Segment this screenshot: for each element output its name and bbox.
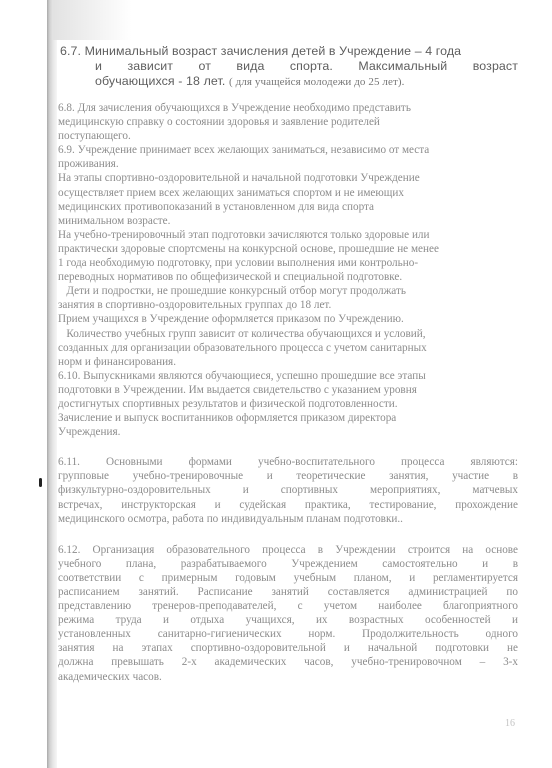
text-line: групповые учебно-тренировочные и теорети… — [58, 469, 518, 483]
text-line: осуществляет прием всех желающих занимат… — [58, 186, 518, 200]
text-line: переводных нормативов по общефизической … — [58, 270, 518, 284]
paragraph-6-12: 6.12. Организация образовательного проце… — [58, 543, 518, 684]
text-line: достигнутых спортивных результатов и физ… — [58, 397, 518, 411]
scan-binding-shadow — [47, 0, 57, 768]
text-line: Дети и подростки, не прошедшие конкурсны… — [58, 284, 518, 298]
text-line: норм и финансирования. — [58, 355, 518, 369]
text-line: Количество учебных групп зависит от коли… — [58, 327, 518, 341]
text-line: На учебно-тренировочный этап подготовки … — [58, 228, 518, 242]
text-line: соответствии с примерным годовым учебным… — [58, 571, 518, 585]
text-line: встречах, инструкторская и судейская пра… — [58, 498, 518, 512]
scan-margin — [0, 0, 48, 768]
text-line: режима труда и отдыха учащихся, их возра… — [58, 613, 518, 627]
text-line: учебного плана, разрабатываемого Учрежде… — [58, 557, 518, 571]
text-line: физкультурно-оздоровительных и спортивны… — [58, 483, 518, 497]
text-line: 6.10. Выпускниками являются обучающиеся,… — [58, 369, 518, 383]
heading-line: обучающихся - 18 лет. ( для учащейся мол… — [58, 74, 518, 90]
heading-text: обучающихся - 18 лет. — [95, 74, 229, 88]
paragraph-6-11: 6.11. Основными формами учебно-воспитате… — [58, 455, 518, 525]
text-line: проживания. — [58, 157, 518, 171]
section-heading-6-7: 6.7. Минимальный возраст зачисления дете… — [58, 44, 518, 90]
heading-note: ( для учащейся молодежи до 25 лет). — [229, 76, 405, 88]
scan-shade — [52, 0, 132, 40]
text-line: Учреждения. — [58, 425, 518, 439]
text-line: 1 года необходимую подготовку, при услов… — [58, 256, 518, 270]
text-line: минимальном возрасте. — [58, 214, 518, 228]
text-line: установленных санитарно-гигиенических но… — [58, 627, 518, 641]
text-line: занятия на этапах спортивно-оздоровитель… — [58, 641, 518, 655]
text-line: академических часов. — [58, 670, 518, 684]
heading-line: и зависит от вида спорта. Максимальный в… — [58, 59, 518, 74]
text-line: медицинских противопоказаний в установле… — [58, 200, 518, 214]
text-line: расписанием занятий. Расписание занятий … — [58, 585, 518, 599]
text-line: На этапы спортивно-оздоровительной и нач… — [58, 171, 518, 185]
paragraph-6-8-to-6-10: 6.8. Для зачисления обучающихся в Учрежд… — [58, 101, 518, 439]
text-line: медицинскую справку о состоянии здоровья… — [58, 115, 518, 129]
text-line: Прием учащихся в Учреждение оформляется … — [58, 312, 518, 326]
text-line: должна превышать 2-х академических часов… — [58, 655, 518, 669]
heading-line: 6.7. Минимальный возраст зачисления дете… — [58, 44, 518, 59]
text-line: Зачисление и выпуск воспитанников оформл… — [58, 411, 518, 425]
document-page: 6.7. Минимальный возраст зачисления дете… — [58, 44, 518, 684]
text-line: 6.11. Основными формами учебно-воспитате… — [58, 455, 518, 469]
text-line: занятия в спортивно-оздоровительных груп… — [58, 298, 518, 312]
text-line: 6.12. Организация образовательного проце… — [58, 543, 518, 557]
text-line: 6.9. Учреждение принимает всех желающих … — [58, 143, 518, 157]
text-line: созданных для организации образовательно… — [58, 341, 518, 355]
text-line: подготовки в Учреждении. Им выдается сви… — [58, 383, 518, 397]
scan-artifact — [39, 478, 42, 487]
text-line: поступающего. — [58, 129, 518, 143]
text-line: медицинского осмотра, работа по индивиду… — [58, 512, 518, 526]
text-line: практически здоровые спортсмены на конку… — [58, 242, 518, 256]
text-line: 6.8. Для зачисления обучающихся в Учрежд… — [58, 101, 518, 115]
text-line: представлению тренеров-преподавателей, с… — [58, 599, 518, 613]
page-number: 16 — [505, 718, 515, 729]
